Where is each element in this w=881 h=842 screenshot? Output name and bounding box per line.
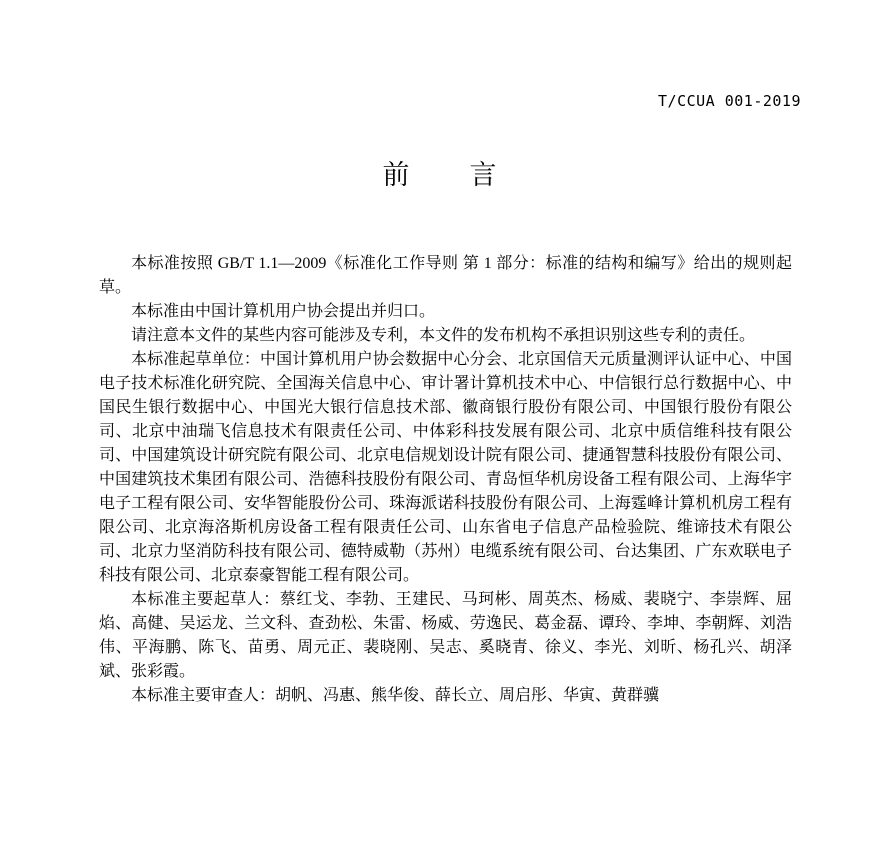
foreword-paragraph-proposed-by: 本标准由中国计算机用户协会提出并归口。 [99, 300, 792, 324]
foreword-paragraph-main-drafters: 本标准主要起草人：蔡红戈、李勃、王建民、马珂彬、周英杰、杨威、裴晓宁、李崇辉、屈… [99, 588, 792, 684]
standard-number: T/CCUA 001-2019 [0, 92, 801, 110]
foreword-paragraph-main-reviewers: 本标准主要审查人：胡帆、冯惠、熊华俊、薛长立、周启彤、华寅、黄群骥 [99, 684, 792, 708]
page-title: 前 言 [0, 153, 881, 192]
foreword-paragraph-patent-notice: 请注意本文件的某些内容可能涉及专利，本文件的发布机构不承担识别这些专利的责任。 [99, 324, 792, 348]
foreword-paragraph-drafting-rules: 本标准按照 GB/T 1.1—2009《标准化工作导则 第 1 部分：标准的结构… [99, 252, 792, 300]
document-page: T/CCUA 001-2019 前 言 本标准按照 GB/T 1.1—2009《… [0, 0, 881, 842]
foreword-body: 本标准按照 GB/T 1.1—2009《标准化工作导则 第 1 部分：标准的结构… [99, 252, 792, 708]
foreword-paragraph-drafting-organizations: 本标准起草单位：中国计算机用户协会数据中心分会、北京国信天元质量测评认证中心、中… [99, 348, 792, 588]
